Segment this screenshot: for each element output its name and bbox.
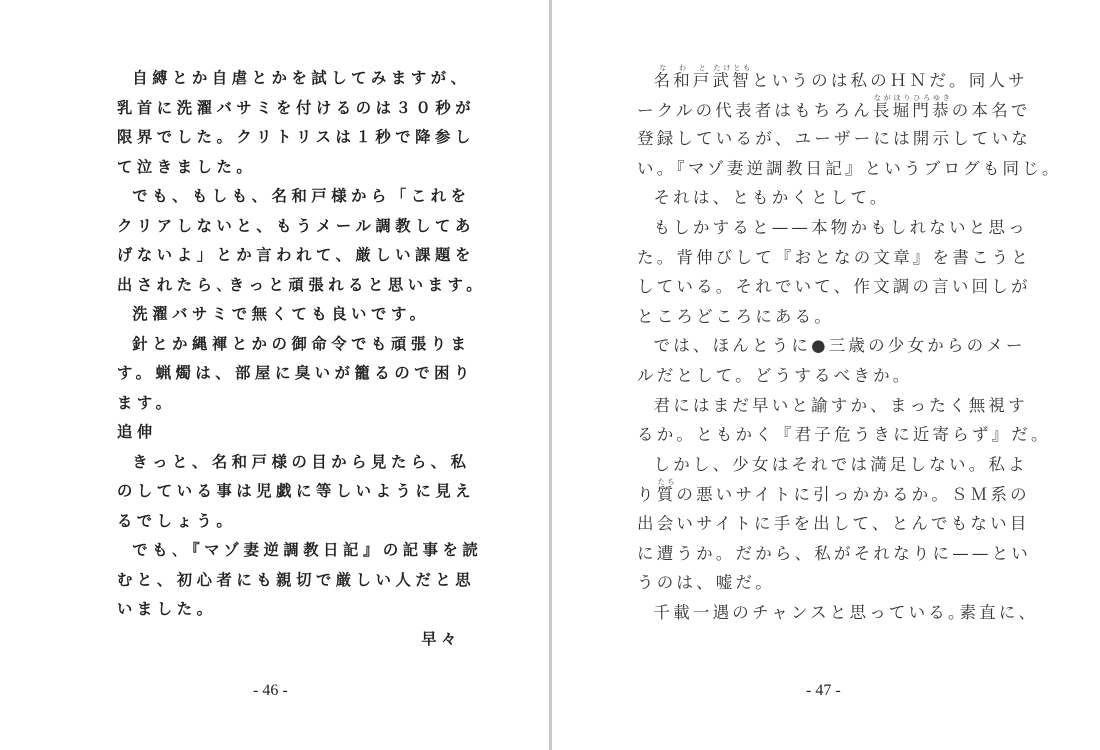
text-line: むと、初心者にも親切で厳しい人だと思 <box>117 566 467 596</box>
ruby-name: 門恭ひろゆき <box>912 101 951 120</box>
text-line: 登録しているが、ユーザーには開示していな <box>637 123 1021 153</box>
page-number-left: - 46 - <box>253 682 288 700</box>
text-line: 君にはまだ早いと諭すか、まったく無視す <box>637 390 1021 420</box>
text-line: た。背伸びして『おとなの文章』を書こうと <box>637 242 1021 272</box>
text-line: 乳首に洗濯バサミを付けるのは３０秒が <box>117 94 467 124</box>
text-line: しかし、少女はそれでは満足しない。私よ <box>637 449 1021 479</box>
text-line: 千載一遇のチャンスと思っている｡素直に、 <box>637 597 1021 627</box>
ruby-name: 長堀ながほり <box>873 101 912 120</box>
text-line: ところどころにある。 <box>637 301 1021 331</box>
ruby-name: 戸と <box>693 71 713 90</box>
text-line: るか。ともかく『君子危うきに近寄らず』だ。 <box>637 419 1021 449</box>
ruby-name: 名な <box>654 71 674 90</box>
text-line: い｡『マゾ妻逆調教日記』というブログも同じ。 <box>637 153 1021 183</box>
ruby-name: 武智たけとも <box>713 71 752 90</box>
text-line: 出されたら､きっと頑張れると思います。 <box>117 271 467 301</box>
text-line: ます。 <box>117 389 467 419</box>
text-line: げないよ」とか言われて、厳しい課題を <box>117 241 467 271</box>
text-segment: というのは私のＨＮだ。同人サ <box>752 71 1028 90</box>
text-line: のしている事は児戯に等しいように見え <box>117 477 467 507</box>
left-page-text: 自縛とか自虐とかを試してみますが、 乳首に洗濯バサミを付けるのは３０秒が 限界で… <box>117 64 467 654</box>
text-line: もしかすると——本物かもしれないと思っ <box>637 212 1021 242</box>
ruby-word: 質たち <box>657 485 677 504</box>
postscript-heading: 追伸 <box>117 418 467 448</box>
text-line: て泣きました。 <box>117 153 467 183</box>
text-line: に遭うか。だから、私がそれなりに——とい <box>637 538 1021 568</box>
text-line: す。蝋燭は、部屋に臭いが籠るので困り <box>117 359 467 389</box>
text-line: している。それでいて、作文調の言い回しが <box>637 271 1021 301</box>
page-number-right: - 47 - <box>806 682 841 700</box>
text-line: でも､『マゾ妻逆調教日記』の記事を読 <box>117 536 467 566</box>
text-line: ルだとして。どうするべきか。 <box>637 360 1021 390</box>
text-line: 限界でした。クリトリスは１秒で降参し <box>117 123 467 153</box>
text-line: 出会いサイトに手を出して、とんでもない目 <box>637 508 1021 538</box>
text-line: 針とか縄褌とかの御命令でも頑張りま <box>117 330 467 360</box>
text-line: いました。 <box>117 595 467 625</box>
text-line-with-ruby: ークルの代表者はもちろん長堀ながほり門恭ひろゆきの本名で <box>637 94 1021 124</box>
text-line: では、ほんとうに●三歳の少女からのメー <box>637 330 1021 360</box>
text-segment: ークルの代表者はもちろん <box>637 101 873 120</box>
text-segment: の本名で <box>952 101 1031 120</box>
text-segment: り <box>637 485 657 504</box>
text-line-with-ruby: 名な和わ戸と武智たけともというのは私のＨＮだ。同人サ <box>637 64 1021 94</box>
ruby-name: 和わ <box>673 71 693 90</box>
text-segment: の悪いサイトに引っかかるか。ＳＭ系の <box>676 485 1029 504</box>
text-line: るでしょう。 <box>117 507 467 537</box>
text-line: それは、ともかくとして。 <box>637 182 1021 212</box>
right-page-text: 名な和わ戸と武智たけともというのは私のＨＮだ。同人サ ークルの代表者はもちろん長… <box>637 64 1021 626</box>
text-line: うのは、嘘だ。 <box>637 567 1021 597</box>
text-line: 自縛とか自虐とかを試してみますが、 <box>117 64 467 94</box>
text-line: 洗濯バサミで無くても良いです。 <box>117 300 467 330</box>
text-line-with-ruby: り質たちの悪いサイトに引っかかるか。ＳＭ系の <box>637 478 1021 508</box>
letter-closing: 早々 <box>117 625 467 655</box>
text-line: クリアしないと、もうメール調教してあ <box>117 212 467 242</box>
text-line: きっと、名和戸様の目から見たら、私 <box>117 448 467 478</box>
text-line: でも、もしも、名和戸様から「これを <box>117 182 467 212</box>
